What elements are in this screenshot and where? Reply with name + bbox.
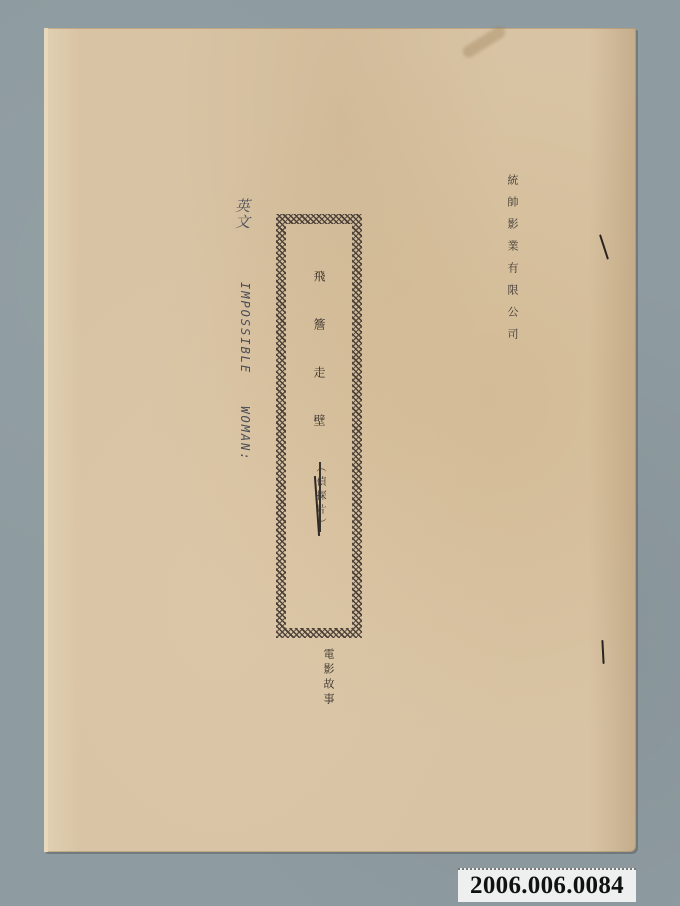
company-name: 統帥影業有限公司 xyxy=(504,174,520,350)
handwritten-english-title: IMPOSSIBLEWOMAN: xyxy=(238,282,252,462)
film-title: 飛簷走壁 xyxy=(311,270,328,462)
genre-label: 電影故事 xyxy=(320,648,336,708)
handwritten-title-word-1: IMPOSSIBLE xyxy=(238,282,252,374)
page-edge xyxy=(44,28,48,852)
struck-subtitle: （偵探片） xyxy=(312,462,327,532)
accession-number-label: 2006.006.0084 xyxy=(458,868,636,902)
handwritten-title-word-2: WOMAN: xyxy=(238,406,252,461)
handwritten-language-note: 英文 xyxy=(232,198,253,230)
